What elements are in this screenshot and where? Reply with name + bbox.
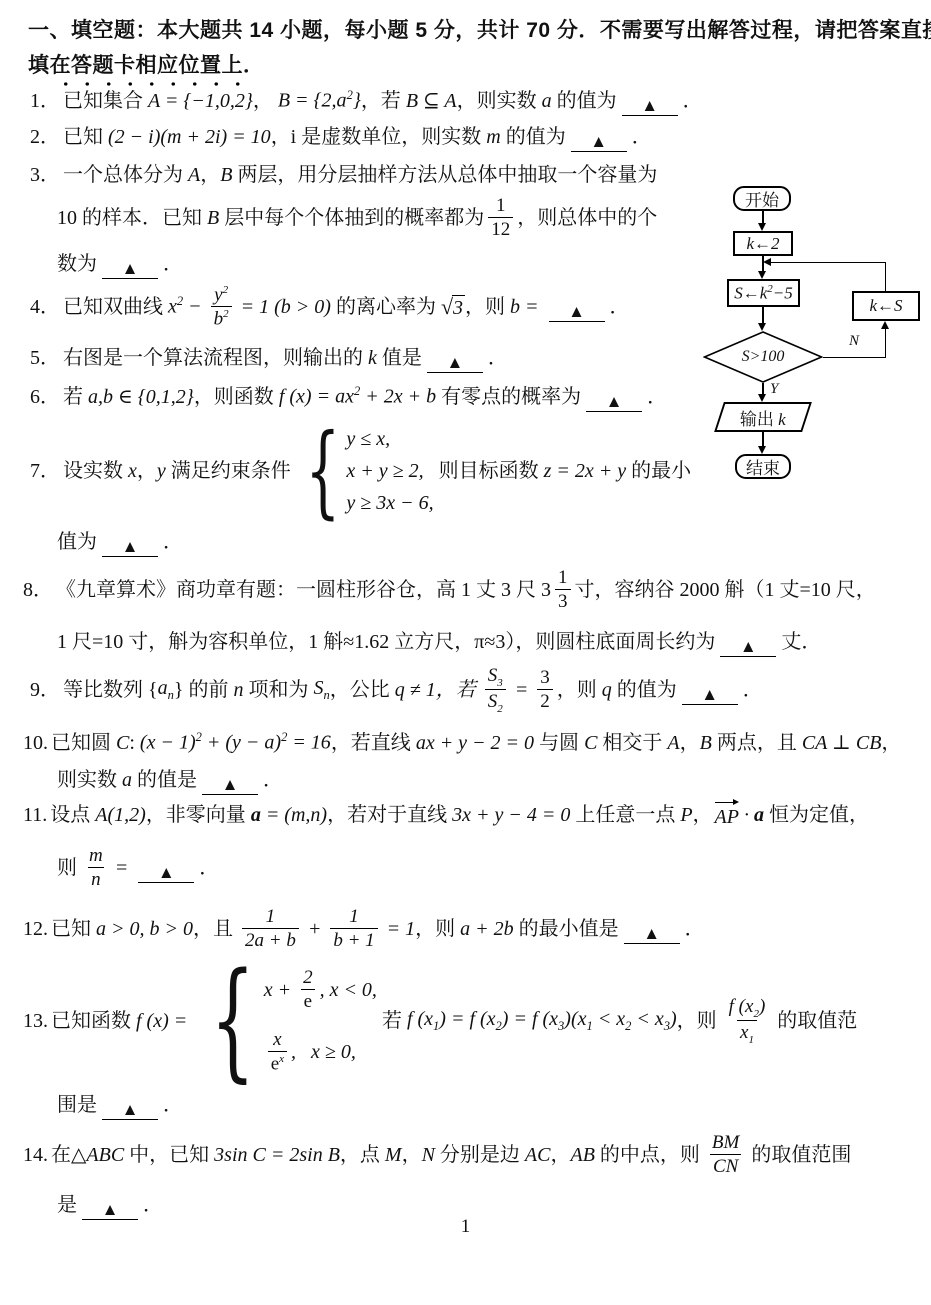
math: x [128,459,137,484]
seg: 与圆 [534,731,584,756]
left-brace: { [305,422,340,520]
math: f (x1) = f (x2) = f (x3)(x1 < x2 < x3) [407,1007,677,1035]
seg: 项和为 [243,678,313,703]
math: q [602,678,612,703]
question-number: 8． [23,578,53,603]
math: (x − 1)2 + (y − a)2 = 16 [140,730,331,756]
constraint: x + y ≥ 2, [346,455,433,487]
question-2: 2．已知 (2 − i)(m + 2i) = 10，i 是虚数单位，则实数 m … [30,122,652,152]
triangle-marker: ▲ [122,1101,139,1118]
seg: 设点 [50,803,95,828]
fraction: 112 [488,195,513,241]
seg: 已知圆 [51,731,116,756]
question-11-line2: 则 mn = ▲． [57,840,219,896]
math: A [667,731,679,756]
question-number: 2． [30,125,60,150]
math: m [486,125,500,150]
math: = [510,678,534,703]
arrow-down-icon [758,223,766,231]
fraction: f (x2)x1 [726,996,769,1047]
math: B = {2,a2} [278,88,361,114]
arrow-down-icon [758,271,766,279]
constraint-system: {y ≤ x,x + y ≥ 2,y ≥ 3x − 6, [291,422,434,520]
question-number: 11. [23,803,47,828]
seg: 的值是 [132,768,197,793]
math: ≠ 1，若 [405,678,481,703]
question-4: 4．已知双曲线 x2 − y2b2 = 1 (b > 0) 的离心率为 √3，则… [30,280,630,334]
seg: ，则函数 [194,385,279,410]
flow-line [885,262,887,291]
triangle-marker: ▲ [102,1201,119,1218]
flowchart-loop-node: k←S [852,291,920,321]
flow-line [762,307,764,324]
math: a,b ∈ {0,1,2} [88,385,194,410]
question-11-line1: 11.设点 A(1,2)，非零向量 a = (m,n)，若对于直线 3x + y… [23,799,869,831]
seg: ． [163,530,183,555]
question-number: 12. [23,917,48,942]
math: A [188,163,200,188]
math: AB [570,1143,594,1168]
question-3-line1: 3．一个总体分为 A，B 两层，用分层抽样方法从总体中抽取一个容量为 [30,160,657,190]
seg: 满足约束条件 [166,459,291,484]
seg: 一、填空题：本大题共 14 小题，每小题 5 分，共计 70 分．不需要写出解答… [28,18,931,44]
seg: 的值为 [552,89,617,114]
fraction: S3S2 [485,665,506,716]
question-9: 9．等比数列 {an} 的前 n 项和为 Sn，公比 q ≠ 1，若 S3S2 … [30,663,763,717]
question-13-line2: 围是▲． [57,1090,183,1120]
seg: ，若 [361,89,406,114]
question-3-line2: 10 的样本．已知 B 层中每个个体抽到的概率都为112，则总体中的个 [57,192,657,244]
math: f (x) = ax2 + 2x + b [279,384,436,410]
flowchart-start-node: 开始 [733,186,791,211]
flow-line [770,262,886,264]
constraint: y ≥ 3x − 6, [346,487,433,519]
seg: ． [647,385,667,410]
seg: ． [685,917,705,942]
question-7-line1: 7．设实数 x，y 满足约束条件{y ≤ x,x + y ≥ 2,y ≥ 3x … [30,420,691,522]
triangle-marker: ▲ [590,133,607,150]
bold-vector: a [251,803,261,828]
math: AC [525,1143,551,1168]
seg: ，则 [557,678,602,703]
seg: 围是 [57,1093,97,1118]
answer-blank: ▲ [622,87,678,116]
math: ax + y − 2 = 0 [416,731,534,756]
answer-blank: ▲ [102,528,158,557]
seg: 《九章算术》商功章有题：一圆柱形谷仓，高 1 丈 3 尺 3 [56,578,551,603]
question-10-line1: 10.已知圆 C: (x − 1)2 + (y − a)2 = 16，若直线 a… [23,727,901,759]
seg: ，点 [340,1143,385,1168]
piecewise-case: xex, x ≥ 0, [264,1029,377,1075]
triangle-marker: ▲ [643,925,660,942]
seg: 填 [28,53,50,86]
seg: ，且 [193,917,238,942]
answer-blank: ▲ [427,344,483,373]
seg: ，公比 [330,678,395,703]
seg: 值为 [57,530,97,555]
seg: ，则 [415,917,460,942]
math: B [207,206,219,231]
math: C [116,731,129,756]
piecewise-system: {x + 2e, x < 0,xex, x ≥ 0, [192,959,377,1083]
seg: 10 的样本．已知 [57,206,207,231]
seg: 已知 [51,917,96,942]
seg: 设实数 [63,459,128,484]
seg: ，若对于直线 [327,803,452,828]
seg: 分别是边 [435,1143,525,1168]
question-12: 12.已知 a > 0, b > 0，且 12a + b + 1b + 1 = … [23,902,705,956]
answer-blank: ▲ [102,250,158,279]
seg: 丈． [781,630,821,655]
triangle-marker: ▲ [122,538,139,555]
exam-paper-page: 一、填空题：本大题共 14 小题，每小题 5 分，共计 70 分．不需要写出解答… [0,0,931,1305]
seg: ， [693,803,713,828]
fraction: BMCN [709,1132,742,1178]
seg: ，则 [465,295,510,320]
question-5: 5．右图是一个算法流程图，则输出的 k 值是▲． [30,343,508,373]
question-10-line2: 则实数 a 的值是▲． [57,765,283,795]
math: B [220,163,232,188]
arrow-down-icon [758,394,766,402]
fraction: 1b + 1 [330,906,377,952]
question-number: 5． [30,346,60,371]
seg: 两点，且 [712,731,802,756]
question-14-line1: 14.在△ABC 中，已知 3sin C = 2sin B，点 M，N 分别是边… [23,1128,851,1182]
answer-blank: ▲ [624,915,680,944]
seg: 中，已知 [124,1143,214,1168]
arrow-down-icon [758,323,766,331]
seg: 的最小值是 [514,917,619,942]
seg: 层中每个个体抽到的概率都为 [219,206,484,231]
question-8-line1: 8．《九章算术》商功章有题：一圆柱形谷仓，高 1 丈 3 尺 313寸，容纳谷 … [23,561,876,619]
math: an [158,676,174,704]
constraint: y ≤ x, [346,423,433,455]
fraction: xex [268,1029,287,1075]
section-header-line1: 一、填空题：本大题共 14 小题，每小题 5 分，共计 70 分．不需要写出解答… [28,16,931,46]
question-number: 13. [23,1009,48,1034]
seg: ，则总体中的个 [517,206,657,231]
math: b = [510,295,544,320]
flowchart-output-node: 输出 k [714,402,812,432]
seg: ． [743,678,763,703]
math: B ⊆ A [406,89,457,114]
question-number: 10. [23,731,48,756]
math: M [385,1143,402,1168]
flow-line [885,328,887,358]
seg: ， [680,731,700,756]
seg: ， [402,1143,422,1168]
seg: 寸，容纳谷 2000 斛（1 丈=10 尺， [575,578,876,603]
seg: ． [488,346,508,371]
triangle-marker: ▲ [122,260,139,277]
math: y [157,459,166,484]
seg: 有零点的概率为 [436,385,581,410]
math: = [110,856,134,881]
answer-blank: ▲ [102,1091,158,1120]
answer-blank: ▲ [138,854,194,883]
arrow-up-icon [881,321,889,329]
triangle-marker: ▲ [158,864,175,881]
seg: : [129,731,140,756]
answer-blank: ▲ [571,123,627,152]
seg: ， [253,89,278,114]
math: CA ⊥ CB [802,731,882,756]
seg: 的值为 [612,678,677,703]
emphasized-text: 在答题卡相应位置上 [50,53,244,86]
seg: 数为 [57,252,97,277]
vector-overline: AP [715,800,739,830]
seg: ． [243,53,265,86]
answer-blank: ▲ [549,293,605,322]
seg: ． [199,856,219,881]
math: = 1 [382,917,416,942]
arrow-down-icon [758,446,766,454]
seg: 值是 [377,346,422,371]
answer-blank: ▲ [682,676,738,705]
question-number: 6． [30,385,60,410]
seg: 等比数列 { [63,678,158,703]
seg: ． [632,125,652,150]
question-13-line1: 13.已知函数 f (x) = {x + 2e, x < 0,xex, x ≥ … [23,958,857,1084]
fraction: 13 [555,567,571,613]
triangle-marker: ▲ [222,776,239,793]
seg: 已知集合 [63,89,148,114]
yes-branch-label: Y [770,381,778,398]
math: a > 0, b > 0 [96,917,193,942]
answer-blank: ▲ [202,766,258,795]
triangle-marker: ▲ [641,97,658,114]
question-6: 6．若 a,b ∈ {0,1,2}，则函数 f (x) = ax2 + 2x +… [30,381,667,413]
triangle-marker: ▲ [740,638,757,655]
seg: ，若直线 [331,731,416,756]
math: Sn [313,676,329,704]
answer-blank: ▲ [586,383,642,412]
math: ABC [86,1143,124,1168]
triangle-marker: ▲ [606,393,623,410]
question-3-line3: 数为▲． [57,249,183,279]
question-number: 9． [30,678,60,703]
question-number: 3． [30,163,60,188]
seg: ． [610,295,630,320]
fraction: 12a + b [242,906,299,952]
math: = (m,n) [261,803,327,828]
seg: 的离心率为 [331,295,441,320]
question-7-line2: 值为▲． [57,527,183,557]
math: N [422,1143,435,1168]
bold-vector: a [754,803,764,828]
seg: 相交于 [597,731,667,756]
math: 3sin C = 2sin B [214,1143,340,1168]
seg: 的值为 [501,125,566,150]
seg: ． [143,1193,163,1218]
seg: 则实数 [57,768,122,793]
question-number: 7． [30,459,60,484]
math: C [584,731,597,756]
math: n [233,678,243,703]
math: a + 2b [460,917,514,942]
no-branch-label: N [849,333,859,350]
triangle-marker: ▲ [568,303,585,320]
fraction: mn [86,845,106,891]
seg: ． [263,768,283,793]
math: A = {−1,0,2} [148,89,253,114]
flowchart-end-node: 结束 [735,454,791,479]
arrow-left-icon [763,258,771,266]
seg: 的取值范围 [746,1143,851,1168]
seg: 两层，用分层抽样方法从总体中抽取一个容量为 [232,163,657,188]
seg: 一个总体分为 [63,163,188,188]
seg: 则目标函数 [434,459,544,484]
seg: 的最小 [626,459,691,484]
seg: ，则实数 [457,89,542,114]
seg: 已知双曲线 [63,295,168,320]
seg: } 的前 [174,678,234,703]
seg: ，i 是虚数单位，则实数 [271,125,487,150]
math: f (x) = [136,1009,192,1034]
seg: 若 [377,1009,407,1034]
math: a [122,768,132,793]
piecewise-case: x + 2e, x < 0, [264,967,377,1013]
question-8-line2: 1 尺=10 寸，斛为容积单位，1 斛≈1.62 立方尺，π≈3），则圆柱底面周… [57,626,821,658]
triangle-marker: ▲ [446,354,463,371]
math: (2 − i)(m + 2i) = 10 [108,125,271,150]
seg: ． [683,89,703,114]
flow-line [762,432,764,447]
flowchart-init-node: k←2 [733,231,793,256]
fraction: 2e [300,967,316,1013]
seg: 则 [57,856,82,881]
triangle-marker: ▲ [701,686,718,703]
page-number: 1 [0,1216,931,1238]
seg: 的中点，则 [595,1143,705,1168]
question-number: 14. [23,1143,48,1168]
left-brace: { [211,959,256,1083]
seg: 在△ [51,1143,86,1168]
seg: ， [200,163,220,188]
question-number: 4． [30,295,60,320]
section-header-line2: 填在答题卡相应位置上． [28,52,265,88]
seg: ， [550,1143,570,1168]
math: A(1,2) [95,803,146,828]
math: B [700,731,712,756]
question-number: 1． [30,89,60,114]
fraction: 32 [537,667,553,713]
question-1: 1．已知集合 A = {−1,0,2}， B = {2,a2}，若 B ⊆ A，… [30,86,703,116]
seg: 的取值范 [772,1009,857,1034]
seg: 1 尺=10 寸，斛为容积单位，1 斛≈1.62 立方尺，π≈3），则圆柱底面周… [57,630,715,655]
math: · [739,803,754,828]
flowchart-assign-node: S←k2−5 [727,279,800,307]
math: P [680,803,692,828]
math: 3x + y − 4 = 0 [452,803,570,828]
seg: ． [163,252,183,277]
seg: 恒为定值， [764,803,869,828]
seg: 若 [63,385,88,410]
seg: 已知 [63,125,108,150]
math: k [368,346,377,371]
math: a [542,89,552,114]
seg: 是 [57,1193,77,1218]
math: q [395,678,405,703]
seg: 已知函数 [51,1009,136,1034]
radical: √3 [441,293,465,321]
seg: 上任意一点 [570,803,680,828]
seg: ，非零向量 [146,803,251,828]
seg: 右图是一个算法流程图，则输出的 [63,346,368,371]
algorithm-flowchart: 开始 k←2 S←k2−5 S>100 Y 输出 k 结束 N k←S [683,178,931,490]
seg: ， [881,731,901,756]
flow-line [823,357,885,359]
fraction: y2b2 [211,284,232,330]
math: = 1 (b > 0) [236,295,331,320]
math: + [303,917,327,942]
math: z = 2x + y [544,459,627,484]
flowchart-decision-node: S>100 [703,331,823,383]
answer-blank: ▲ [720,628,776,657]
seg: ． [163,1093,183,1118]
seg: ， [137,459,157,484]
math: x2 − [168,294,207,320]
seg: ，则 [677,1009,722,1034]
